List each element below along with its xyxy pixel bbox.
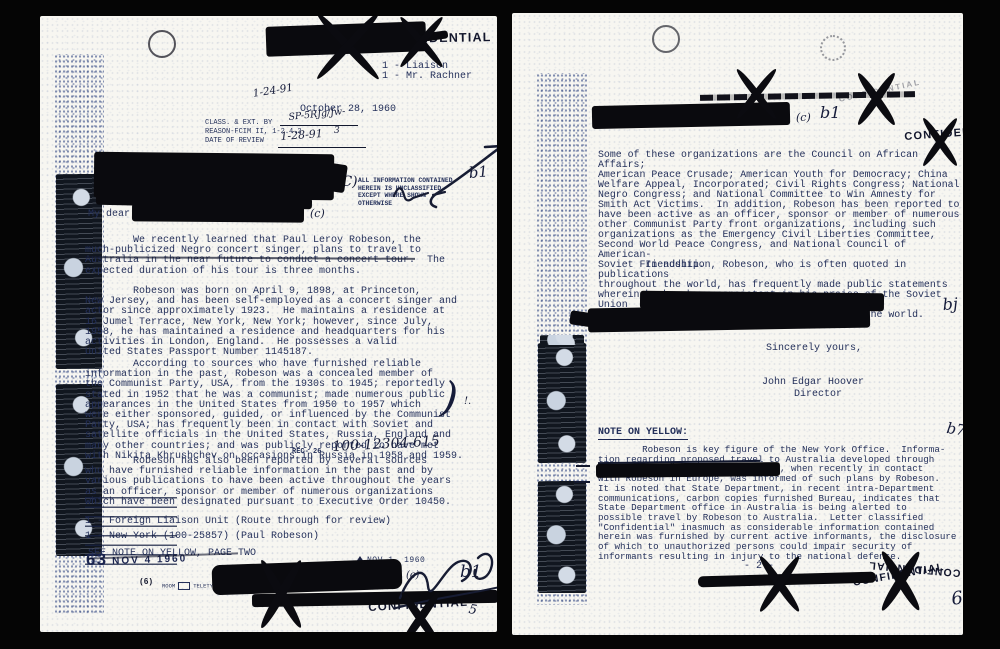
handwritten-scribble <box>390 176 452 208</box>
form-checkbox <box>178 582 190 590</box>
document-page-2: CONFIDENTIAL CONFIDENTIAL (c) b1 Some of… <box>512 13 963 635</box>
room-label: ROOM <box>162 582 175 589</box>
redaction-block <box>588 304 870 333</box>
date-of-review-line: DATE OF REVIEW <box>205 137 264 146</box>
scanned-fbi-letter: CONFIDENTIAL 1 - Liaison 1 - Mr. Rachner… <box>0 0 1000 649</box>
hole-punch <box>652 25 680 53</box>
closing-title: Director <box>794 390 842 400</box>
redaction-bar <box>132 203 304 222</box>
handwritten-marks: !. <box>464 396 471 407</box>
handwritten-classifier: SP-5RJg/Jw- <box>288 106 346 123</box>
hole-punch <box>148 30 176 58</box>
form-prefix: (6) <box>140 577 153 586</box>
underline <box>278 147 366 148</box>
x-strikeout-mark <box>392 582 448 632</box>
handwritten-numeral: 3 <box>334 126 340 136</box>
note-heading: NOTE ON YELLOW: <box>598 428 688 440</box>
underline <box>280 125 358 126</box>
body-paragraph-2: Robeson was born on April 9, 1898, at Pr… <box>85 287 457 358</box>
x-strikeout-mark <box>750 547 810 621</box>
handwritten-numeral: 6 <box>950 587 963 609</box>
form-room-label: ROOMTELETYPE <box>162 582 220 590</box>
redaction-block <box>94 152 334 201</box>
class-ext-line: CLASS. & EXT. BY <box>205 119 272 128</box>
x-strikeout-mark <box>848 59 904 139</box>
closing-sincerely: Sincerely yours, <box>766 344 862 354</box>
handwritten-b1: b1 <box>820 103 840 122</box>
salutation: My dear <box>88 210 130 220</box>
film-edge-dark-segment <box>538 343 586 463</box>
x-strikeout-mark <box>870 535 932 627</box>
film-edge-dark-segment <box>540 335 584 345</box>
handwritten-review-date: 1-28-91 <box>280 127 323 143</box>
redaction-bar <box>596 462 780 478</box>
classification-marker: (c) <box>310 207 325 220</box>
film-edge-dark-segment <box>538 481 586 593</box>
margin-dash <box>574 481 590 483</box>
document-page-1: CONFIDENTIAL 1 - Liaison 1 - Mr. Rachner… <box>40 16 497 632</box>
x-strikeout-mark <box>392 16 450 74</box>
x-strikeout-mark <box>914 109 963 175</box>
handwritten-bj: bj <box>942 294 958 314</box>
handwritten-b7c: b7c <box>945 419 963 441</box>
hole-punch <box>820 35 846 61</box>
x-strikeout-mark <box>728 61 784 127</box>
handwritten-date: 1-24-91 <box>252 82 294 100</box>
redaction-block <box>326 163 348 193</box>
closing-name: John Edgar Hoover <box>762 378 864 388</box>
mail-stamp-63: 63 <box>86 550 107 570</box>
classification-marker: (c) <box>796 111 811 124</box>
x-strikeout-mark <box>246 542 316 632</box>
x-strikeout-mark <box>308 16 388 88</box>
margin-dash <box>576 465 590 467</box>
body-paragraph-1: Some of these organizations are the Coun… <box>598 150 963 270</box>
